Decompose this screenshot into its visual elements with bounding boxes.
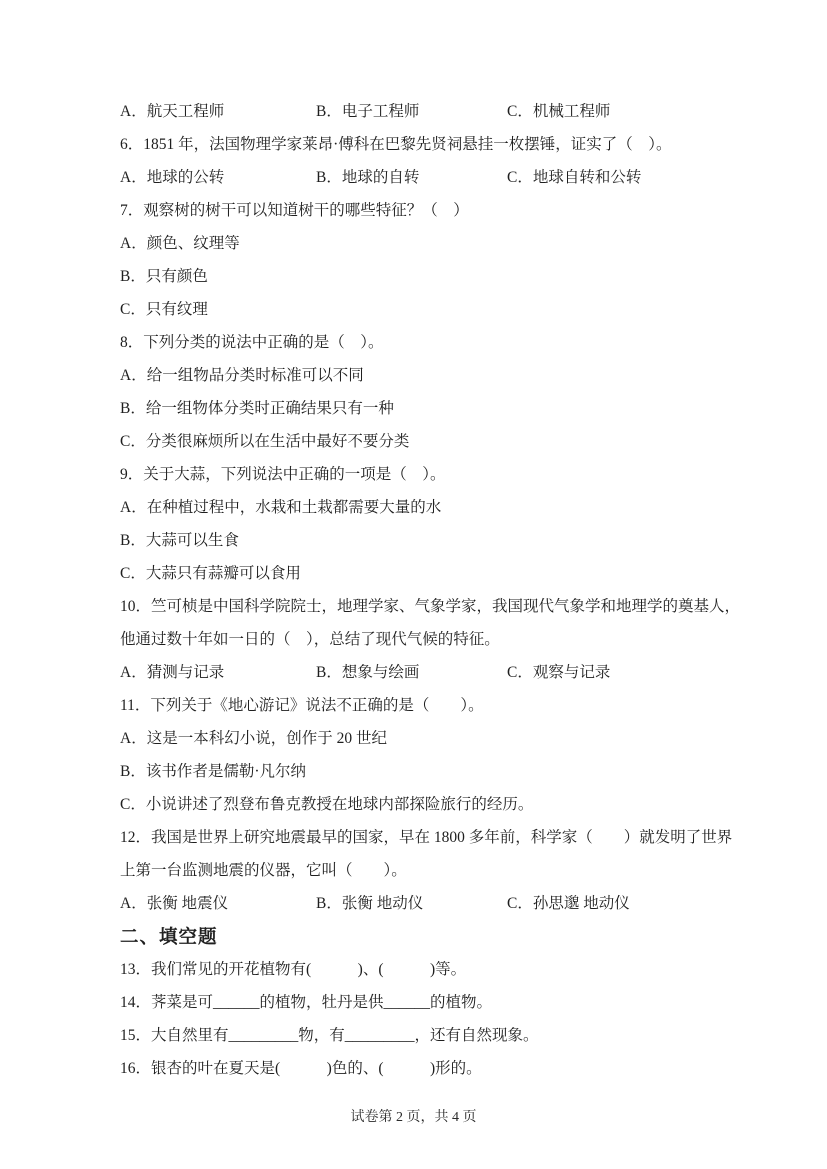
option-q9-c: C．大蒜只有蒜瓣可以食用	[120, 557, 752, 590]
option-q10-b: B．想象与绘画	[316, 656, 507, 689]
question-16: 16．银杏的叶在夏天是( )色的、( )形的。	[120, 1052, 752, 1085]
question-11: 11．下列关于《地心游记》说法不正确的是（ ）。	[120, 689, 752, 722]
option-q12-a: A．张衡 地震仪	[120, 887, 316, 920]
option-q5-a: A．航天工程师	[120, 95, 316, 128]
option-q11-b: B．该书作者是儒勒·凡尔纳	[120, 755, 752, 788]
option-q5-c: C．机械工程师	[507, 95, 752, 128]
option-q6-c: C．地球自转和公转	[507, 161, 752, 194]
option-q8-c: C．分类很麻烦所以在生活中最好不要分类	[120, 425, 752, 458]
question-12-line1: 12．我国是世界上研究地震最早的国家，早在 1800 多年前，科学家（ ）就发明…	[120, 821, 752, 854]
option-q10-c: C．观察与记录	[507, 656, 752, 689]
question-13: 13．我们常见的开花植物有( )、( )等。	[120, 953, 752, 986]
option-q8-a: A．给一组物品分类时标准可以不同	[120, 359, 752, 392]
options-row-q12: A．张衡 地震仪 B．张衡 地动仪 C．孙思邈 地动仪	[120, 887, 752, 920]
option-q9-b: B．大蒜可以生食	[120, 524, 752, 557]
question-15: 15．大自然里有_________物，有_________，还有自然现象。	[120, 1019, 752, 1052]
option-q5-b: B．电子工程师	[316, 95, 507, 128]
question-14: 14．荠菜是可______的植物，牡丹是供______的植物。	[120, 986, 752, 1019]
options-row-q6: A．地球的公转 B．地球的自转 C．地球自转和公转	[120, 161, 752, 194]
question-12-line2: 上第一台监测地震的仪器，它叫（ ）。	[120, 854, 752, 887]
question-7: 7．观察树的树干可以知道树干的哪些特征？（ ）	[120, 194, 752, 227]
option-q6-b: B．地球的自转	[316, 161, 507, 194]
options-row-q5: A．航天工程师 B．电子工程师 C．机械工程师	[120, 95, 752, 128]
question-8: 8．下列分类的说法中正确的是（ ）。	[120, 326, 752, 359]
option-q10-a: A．猜测与记录	[120, 656, 316, 689]
option-q12-b: B．张衡 地动仪	[316, 887, 507, 920]
options-row-q10: A．猜测与记录 B．想象与绘画 C．观察与记录	[120, 656, 752, 689]
page-footer: 试卷第 2 页，共 4 页	[0, 1108, 827, 1128]
question-10-line2: 他通过数十年如一日的（ ），总结了现代气候的特征。	[120, 623, 752, 656]
question-6: 6．1851 年，法国物理学家莱昂·傅科在巴黎先贤祠悬挂一枚摆锤，证实了（ ）。	[120, 128, 752, 161]
option-q9-a: A．在种植过程中，水栽和土栽都需要大量的水	[120, 491, 752, 524]
exam-content: A．航天工程师 B．电子工程师 C．机械工程师 6．1851 年，法国物理学家莱…	[120, 95, 752, 1085]
option-q12-c: C．孙思邈 地动仪	[507, 887, 752, 920]
question-9: 9．关于大蒜，下列说法中正确的一项是（ ）。	[120, 458, 752, 491]
exam-page: A．航天工程师 B．电子工程师 C．机械工程师 6．1851 年，法国物理学家莱…	[0, 0, 827, 1169]
option-q11-a: A．这是一本科幻小说，创作于 20 世纪	[120, 722, 752, 755]
option-q7-b: B．只有颜色	[120, 260, 752, 293]
option-q8-b: B．给一组物体分类时正确结果只有一种	[120, 392, 752, 425]
option-q11-c: C．小说讲述了烈登布鲁克教授在地球内部探险旅行的经历。	[120, 788, 752, 821]
option-q7-c: C．只有纹理	[120, 293, 752, 326]
option-q7-a: A．颜色、纹理等	[120, 227, 752, 260]
section-2-header: 二、填空题	[120, 920, 752, 953]
option-q6-a: A．地球的公转	[120, 161, 316, 194]
question-10-line1: 10．竺可桢是中国科学院院士，地理学家、气象学家，我国现代气象学和地理学的奠基人…	[120, 590, 752, 623]
